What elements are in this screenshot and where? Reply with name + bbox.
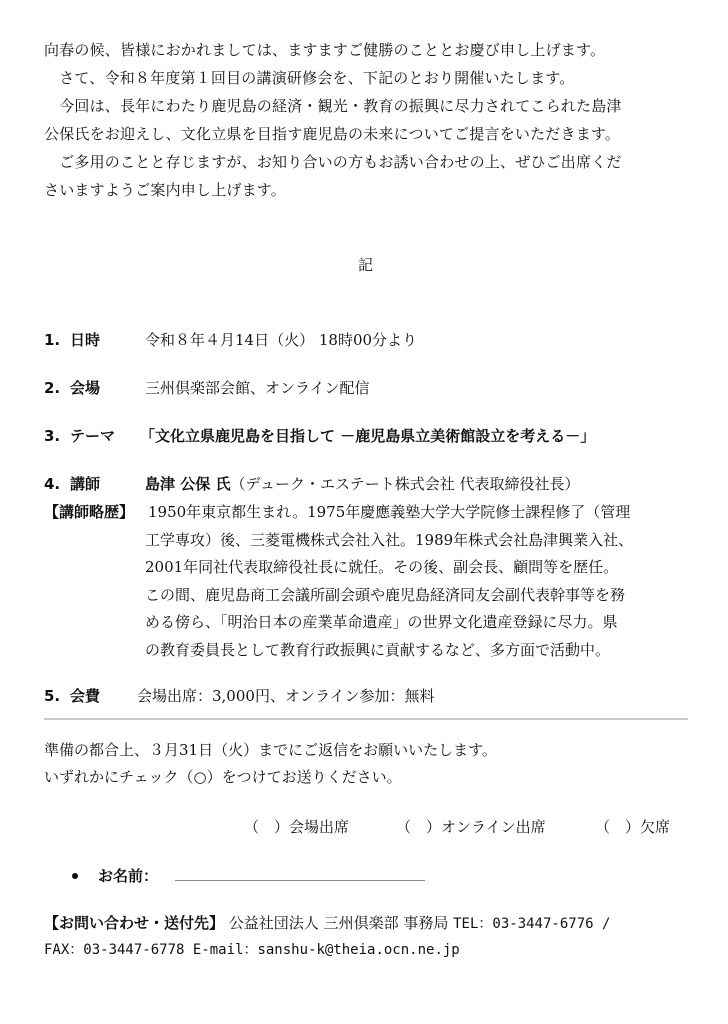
bio-line: の教育委員長として教育行政振興に貢献するなど、多方面で活動中。 <box>145 640 610 660</box>
contact-tel: TEL：03-3447-6776 / <box>453 916 610 932</box>
item-label: テーマ <box>70 426 115 446</box>
item-number: 4. <box>44 474 60 494</box>
option-absent[interactable]: （ ）欠席 <box>595 817 670 837</box>
item-label: 会費 <box>70 686 100 706</box>
contact-fax: FAX：03-3447-6778 <box>44 942 184 958</box>
checkbox-paren[interactable]: （ ） <box>244 818 289 836</box>
bullet-icon <box>72 873 78 879</box>
notice-heading: 記 <box>358 254 373 275</box>
bio-line: 工学専攻）後、三菱電機株式会社入社。1989年株式会社島津興業入社、 <box>145 530 633 550</box>
fee-value: 会場出席：3,000円、オンライン参加：無料 <box>137 686 435 706</box>
intro-line: 向春の候、皆様におかれましては、ますますご健勝のこととお慶び申し上げます。 <box>44 40 605 60</box>
bio-label: 【講師略歴】 <box>44 502 134 522</box>
option-online[interactable]: （ ）オンライン出席 <box>396 817 546 837</box>
speaker-name: 島津 公保 氏 <box>145 475 230 493</box>
contact-org: 公益社団法人 三州倶楽部 事務局 <box>229 914 449 932</box>
item-label: 会場 <box>70 378 100 398</box>
intro-line: ご多用のことと存じますが、お知り合いの方もお誘い合わせの上、ぜひご出席くだ <box>44 152 622 172</box>
bio-line: この間、鹿児島商工会議所副会頭や鹿児島経済同友会副代表幹事等を務 <box>145 585 625 605</box>
speaker-affiliation: （デューク・エステート株式会社 代表取締役社長） <box>230 475 579 493</box>
contact-line: 【お問い合わせ・送付先】 公益社団法人 三州倶楽部 事務局 TEL：03-344… <box>44 913 610 934</box>
bio-line: 1950年東京都生まれ。1975年慶應義塾大学大学院修士課程修了（管理 <box>148 502 630 522</box>
option-label: 欠席 <box>640 818 670 836</box>
option-label: オンライン出席 <box>441 818 546 836</box>
item-label: 講師 <box>70 474 100 494</box>
checkbox-paren[interactable]: （ ） <box>396 818 441 836</box>
option-label: 会場出席 <box>289 818 349 836</box>
item-number: 3. <box>44 426 60 446</box>
theme-value: 「文化立県鹿児島を目指して －鹿児島県立美術館設立を考える－」 <box>140 426 595 446</box>
intro-line: 公保氏をお迎えし、文化立県を目指す鹿児島の未来についてご提言をいただきます。 <box>44 124 620 144</box>
item-datetime: 1. <box>44 330 60 350</box>
item-value: 三州倶楽部会館、オンライン配信 <box>145 378 370 398</box>
item-number: 2. <box>44 378 60 398</box>
bio-line: める傍ら、「明治日本の産業革命遺産」の世界文化遺産登録に尽力。県 <box>145 612 618 632</box>
intro-line: さいますようご案内申し上げます。 <box>44 180 286 200</box>
section-divider <box>44 718 688 720</box>
item-number: 1. <box>44 331 60 349</box>
reply-deadline: 準備の都合上、３月31日（火）までにご返信をお願いいたします。 <box>44 740 497 760</box>
intro-line: 今回は、長年にわたり鹿児島の経済・観光・教育の振興に尽力されてこられた島津 <box>44 96 622 116</box>
item-label: 日時 <box>70 330 100 350</box>
name-field[interactable] <box>175 880 425 881</box>
reply-instruction: いずれかにチェック（○）をつけてお送りください。 <box>44 767 402 787</box>
name-label: お名前： <box>98 866 158 886</box>
contact-line-2: FAX：03-3447-6778 E-mail：sanshu-k@theia.o… <box>44 940 460 960</box>
speaker-line: 島津 公保 氏（デューク・エステート株式会社 代表取締役社長） <box>145 474 579 494</box>
contact-label: 【お問い合わせ・送付先】 <box>44 914 224 932</box>
contact-email[interactable]: E-mail：sanshu-k@theia.ocn.ne.jp <box>193 942 460 958</box>
checkbox-paren[interactable]: （ ） <box>595 818 640 836</box>
bio-line: 2001年同社代表取締役社長に就任。その後、副会長、顧問等を歴任。 <box>145 557 618 577</box>
option-venue[interactable]: （ ）会場出席 <box>244 817 349 837</box>
intro-line: さて、令和８年度第１回目の講演研修会を、下記のとおり開催いたします。 <box>44 68 575 88</box>
item-number: 5. <box>44 686 60 706</box>
item-value: 令和８年４月14日（火） 18時00分より <box>145 330 417 350</box>
